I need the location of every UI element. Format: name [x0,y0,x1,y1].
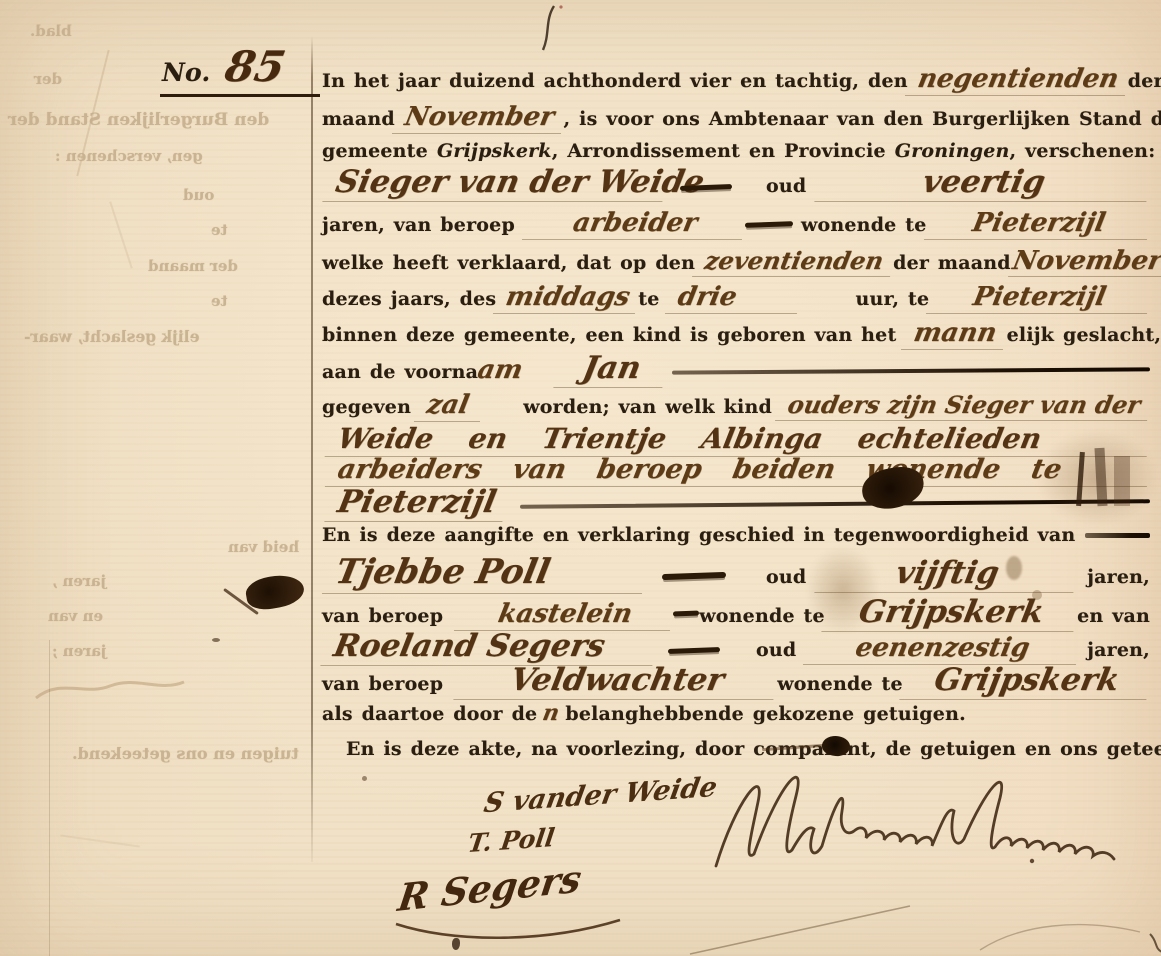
bleedthrough-text: en van [48,607,103,625]
printed-text: belanghebbende gekozene getuigen. [565,703,966,725]
printed-text: dezes jaars, des [322,288,496,310]
printed-text: der [1128,70,1161,92]
signature-witness2: R Segers [395,856,584,920]
ink-fleck [1006,556,1022,580]
ink-rule [672,367,1150,374]
ink-fleck [362,776,367,781]
entry-witness1-occupation: kastelein [454,599,676,631]
body-line: van beroep kastelein wonende te Grijpske… [322,594,1150,632]
printed-text: gemeente [322,140,428,162]
bleedthrough-text: heid van [228,538,299,556]
ink-fleck [1032,590,1042,600]
body-line: maand November , is voor ons Ambtenaar v… [322,102,1150,134]
bleedthrough-text: den Burgerlijken Stand der [8,110,269,130]
printed-text: jaren, [1087,639,1150,661]
entry-birth-place: Pieterzijl [926,282,1153,314]
act-number-label: No. [162,58,210,87]
ink-dash [673,610,699,616]
entry-birth-month: November [1008,246,1161,277]
printed-text: , Arrondissement en Provincie [552,140,886,162]
entry-act-month: November [392,102,567,134]
bleedthrough-text: blad. [30,22,72,40]
entry-declarant-residence: Pieterzijl [923,208,1153,240]
printed-text: jaren, van beroep [322,214,515,236]
ink-blot-drip [212,638,220,642]
entry-witness2-occupation: Veldwachter [454,662,781,700]
signature-declarant: S vander Weide [482,772,720,820]
entry-witness1-name: Tjebbe Poll [322,552,650,594]
entry-parents-line4: Pieterzijl [324,484,509,522]
printed-text: En is deze aangifte en verklaring geschi… [322,524,1075,546]
margin-vertical-rule [311,36,313,862]
printed-text: aan de voorna [322,361,478,383]
printed-text: gegeven [322,396,411,418]
printed-text: binnen deze gemeente, een kind is gebore… [322,324,896,346]
ink-dash [662,572,726,580]
printed-text: oud [766,175,806,197]
printed-province: Groningen [895,140,1010,162]
entry-parents-line1: ouders zijn Sieger van der [775,390,1153,421]
printed-text: maand [322,108,395,130]
body-line: arbeiders van beroep beiden wonende te [328,454,1150,487]
entry-declarant-name: Sieger van der Weide [322,164,669,202]
ink-blot [244,571,307,613]
entry-gender: mann [901,318,1009,350]
entry-birth-day: zeventienden [692,246,896,277]
body-line: gegeven zal worden; van welk kind ouders… [322,390,1150,422]
body-line: En is deze akte, na voorlezing, door com… [346,738,1150,760]
bleedthrough-text: tuigen en ons geteekend. [72,744,299,763]
body-line: Pieterzijl [328,484,1150,524]
body-line: En is deze aangifte en verklaring geschi… [322,524,1150,546]
entry-parents-line2: Weide en Trientje Albinga echtelieden [325,422,1154,457]
printed-text: wonende te [777,673,903,695]
bleedthrough-text: jaren , [52,572,106,590]
body-line: dezes jaars, des middags te drie uur, te… [322,282,1150,314]
body-line: Weide en Trientje Albinga echtelieden [328,422,1150,457]
printed-text: In het jaar duizend achthonderd vier en … [322,70,908,92]
bleedthrough-text: elijk geslacht, waar- [24,327,199,346]
ink-smudge [806,546,880,634]
paper-scratch [109,201,133,268]
entry-witness2-residence: Grijpskerk [899,662,1154,700]
printed-text: welke heeft verklaard, dat op den [322,252,695,274]
body-line: als daartoe door de n belanghebbende gek… [322,700,1150,726]
printed-text: wonende te [801,214,927,236]
printed-text: van beroep [322,605,443,627]
faint-left-rule [49,640,50,956]
body-line: welke heeft verklaard, dat op den zevent… [322,246,1150,277]
printed-text: van beroep [322,673,443,695]
body-line: In het jaar duizend achthonderd vier en … [322,64,1150,96]
printed-text: elijk geslacht, waar- [1007,324,1161,346]
body-line: aan de voorna am Jan [322,350,1150,392]
act-number: No. 85 [162,42,312,91]
entry-declarant-occupation: arbeider [522,208,748,240]
printed-text: , verschenen: [1010,140,1156,162]
bleedthrough-text: te [211,221,227,239]
body-line: jaren, van beroep arbeider wonende te Pi… [322,208,1150,240]
entry-voornaam-suffix: am [475,355,525,385]
printed-text: en van [1077,605,1150,627]
paper-scratch [60,834,139,847]
printed-text: der maand [893,252,1011,274]
signature-witness1: T. Poll [466,823,557,858]
printed-text: te [638,288,659,310]
ink-fleck [452,938,460,950]
ink-streak [1114,456,1130,506]
entry-witness2-name: Roeland Segers [320,628,659,666]
bleedthrough-text: der maand [148,257,238,275]
bleedthrough-text: der [34,70,62,88]
printed-text: , is voor ons Ambtenaar van den Burgerli… [564,108,1161,130]
body-line: Sieger van der Weide oud veertig [326,164,1150,210]
body-line: Tjebbe Poll oud vijftig jaren, [326,552,1150,600]
entry-witness2-age: eenenzestig [803,633,1082,665]
ink-dash [668,647,720,654]
ink-dash [680,184,732,191]
printed-text: jaren, [1087,566,1150,588]
signature-registrar: krulhandtekening ambtenaar (onleesbaar) [694,766,1150,878]
pencil-strokes-bottom [650,890,1161,956]
printed-text: oud [756,639,796,661]
body-line: gemeente Grijpskerk , Arrondissement en … [322,140,1150,162]
body-line: binnen deze gemeente, een kind is gebore… [322,318,1150,350]
ink-dash [745,221,793,228]
printed-text: als daartoe door de [322,703,537,725]
bleedthrough-handwriting-ghost [30,668,190,708]
pen-stroke-mark [538,4,564,54]
entry-zal: zal [414,390,486,422]
entry-declarant-age: veertig [815,164,1154,202]
entry-den-suffix: n [541,700,562,726]
printed-municipality: Grijpskerk [437,140,552,162]
entry-daypart: middags [493,282,641,314]
bleedthrough-text: gen, verschenen : [55,147,203,165]
bleedthrough-text: te [211,292,227,310]
act-number-value: 85 [222,42,290,91]
entry-parents-line3: arbeiders van beroep beiden wonende te [325,454,1153,487]
entry-act-day: negentienden [905,64,1131,96]
scanned-birth-record-page: blad. der den Burgerlijken Stand der gen… [0,0,1161,956]
printed-text: oud [766,566,806,588]
act-number-underline [160,94,320,97]
printed-text: uur, te [856,288,930,310]
printed-closing-text: En is deze akte, na voorlezing, door com… [346,738,1161,760]
entry-child-name: Jan [553,350,670,388]
printed-text: worden; van welk kind [523,396,772,418]
entry-hour: drie [664,282,802,314]
body-line: van beroep Veldwachter wonende te Grijps… [322,662,1150,700]
bleedthrough-text: oud [183,186,214,204]
signature-witness2-flourish [392,916,628,944]
ink-rule [1085,533,1150,538]
bleedthrough-text: jaren ; [52,642,106,660]
